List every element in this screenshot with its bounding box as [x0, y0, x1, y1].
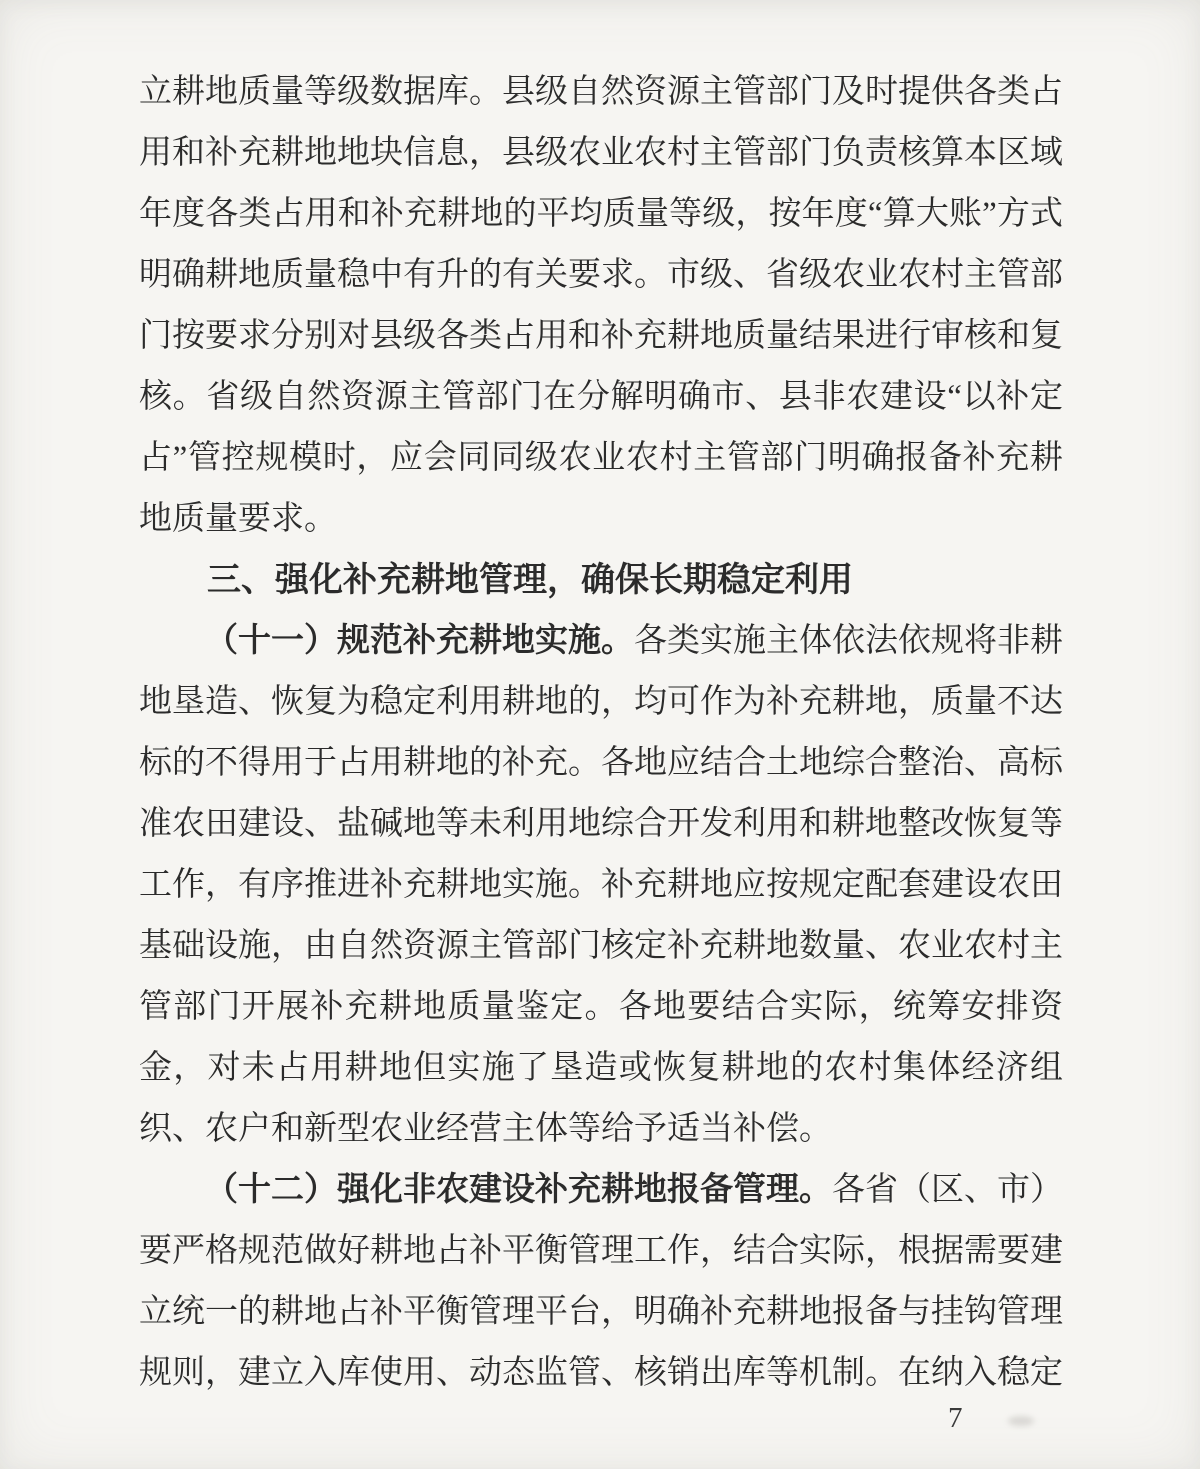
document-page: 立耕地质量等级数据库。县级自然资源主管部门及时提供各类占用和补充耕地地块信息，县…: [0, 0, 1200, 1469]
paragraph-continuation: 立耕地质量等级数据库。县级自然资源主管部门及时提供各类占用和补充耕地地块信息，县…: [139, 62, 1063, 550]
page-number: 7: [948, 1398, 963, 1438]
paragraph-lead-eleven: （十一）规范补充耕地实施。: [205, 623, 634, 659]
section-heading: 三、强化补充耕地管理，确保长期稳定利用: [139, 550, 1063, 611]
paragraph-lead-twelve: （十二）强化非农建设补充耕地报备管理。: [205, 1172, 832, 1208]
document-body: 立耕地质量等级数据库。县级自然资源主管部门及时提供各类占用和补充耕地地块信息，县…: [139, 62, 1063, 1404]
scan-smudge: [1008, 1416, 1034, 1426]
paragraph-item-eleven: （十一）规范补充耕地实施。各类实施主体依法依规将非耕地垦造、恢复为稳定利用耕地的…: [139, 611, 1063, 1160]
paragraph-text-eleven: 各类实施主体依法依规将非耕地垦造、恢复为稳定利用耕地的，均可作为补充耕地，质量不…: [139, 623, 1063, 1147]
paragraph-item-twelve: （十二）强化非农建设补充耕地报备管理。各省（区、市）要严格规范做好耕地占补平衡管…: [139, 1160, 1063, 1404]
